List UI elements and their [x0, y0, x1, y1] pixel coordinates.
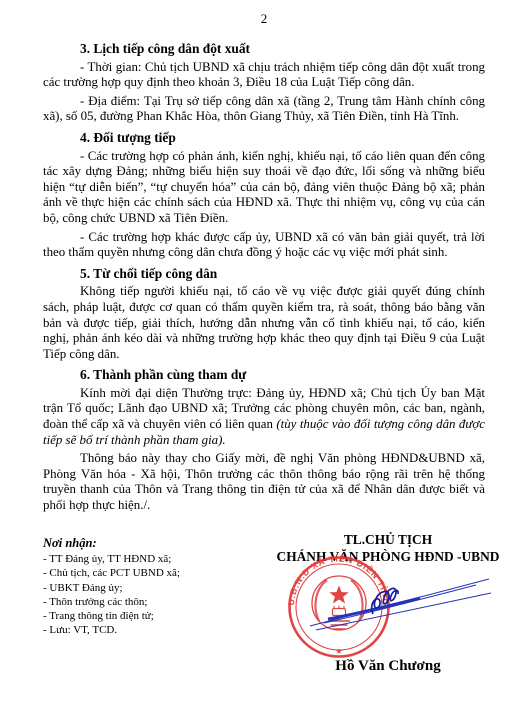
- section-4-paragraph-1: - Các trường hợp có phản ánh, kiến nghị,…: [43, 149, 485, 227]
- recipient-item: - Chủ tịch, các PCT UBND xã;: [43, 566, 258, 580]
- section-3-heading: 3. Lịch tiếp công dân đột xuất: [43, 41, 485, 57]
- seal-and-signature: U.B.N.D XÃ TIÊN ĐIỀN TỈNH ★: [280, 552, 496, 664]
- section-3-paragraph-1: - Thời gian: Chủ tịch UBND xã chịu trách…: [43, 60, 485, 91]
- seal-bottom-star-icon: ★: [335, 647, 342, 656]
- recipient-item: - UBKT Đảng ủy;: [43, 581, 258, 595]
- section-4-paragraph-2: - Các trường hợp khác được cấp ủy, UBND …: [43, 230, 485, 261]
- signature-title-line1: TL.CHỦ TỊCH: [260, 531, 516, 548]
- section-6-heading: 6. Thành phần cùng tham dự: [43, 367, 485, 383]
- signature-block: TL.CHỦ TỊCH CHÁNH VĂN PHÒNG HĐND -UBND: [260, 531, 516, 565]
- section-6-paragraph-2: Thông báo này thay cho Giấy mời, đề nghị…: [43, 451, 485, 513]
- section-4-heading: 4. Đối tượng tiếp: [43, 130, 485, 146]
- recipient-item: - Thôn trưởng các thôn;: [43, 595, 258, 609]
- signer-name: Hồ Văn Chương: [260, 658, 516, 675]
- signature-title-line2: CHÁNH VĂN PHÒNG HĐND -UBND: [260, 548, 516, 565]
- recipient-item: - TT Đảng ủy, TT HĐND xã;: [43, 552, 258, 566]
- official-seal-icon: U.B.N.D XÃ TIÊN ĐIỀN TỈNH ★: [286, 553, 392, 657]
- section-5-heading: 5. Từ chối tiếp công dân: [43, 266, 485, 282]
- document-page: 2 3. Lịch tiếp công dân đột xuất - Thời …: [0, 0, 528, 721]
- recipient-item: - Lưu: VT, TCD.: [43, 623, 258, 637]
- handwritten-signature-icon: [310, 579, 491, 630]
- section-3-paragraph-2: - Địa điểm: Tại Trụ sở tiếp công dân xã …: [43, 94, 485, 125]
- document-body: 3. Lịch tiếp công dân đột xuất - Thời gi…: [43, 41, 485, 514]
- recipient-item: - Trang thông tin điện tử;: [43, 609, 258, 623]
- recipients-label: Nơi nhận:: [43, 536, 258, 550]
- page-number: 2: [0, 0, 528, 27]
- section-6-paragraph-1: Kính mời đại diện Thường trực: Đảng ủy, …: [43, 386, 485, 448]
- national-emblem-icon: [312, 576, 366, 630]
- recipients-block: Nơi nhận: - TT Đảng ủy, TT HĐND xã; - Ch…: [43, 536, 258, 637]
- section-5-paragraph-1: Không tiếp người khiếu nại, tố cáo về vụ…: [43, 284, 485, 362]
